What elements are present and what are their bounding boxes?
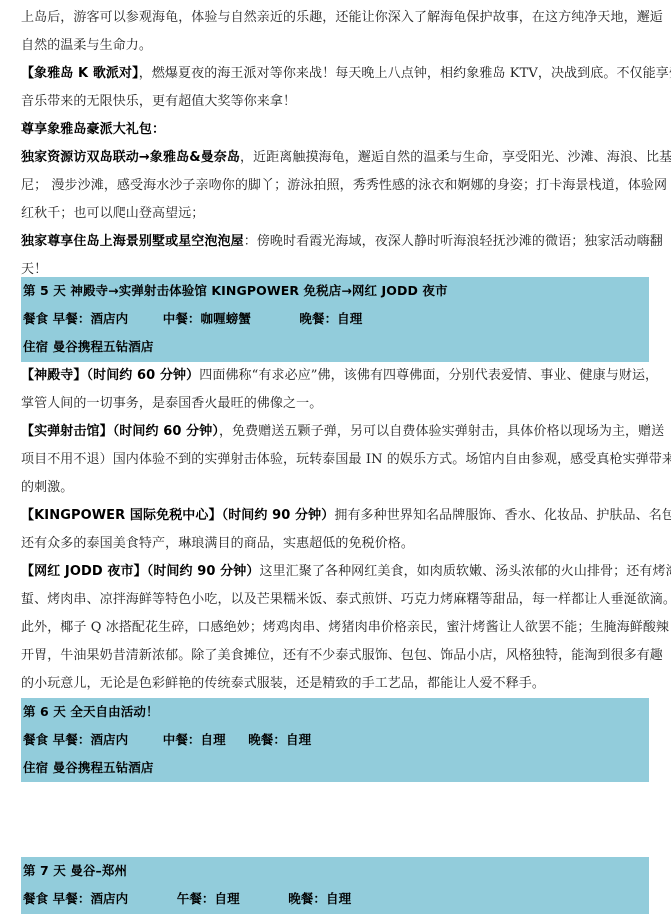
text: 这里汇聚了各种网红美食，如肉质软嫩、汤头浓郁的火山排骨；还有烤海 [259,564,671,579]
jodd-title: 【网红 JODD 夜市】（时间约 90 分钟） [21,564,259,579]
dinner: 晚餐：自理 [248,732,311,747]
temple-title: 【神殿寺】（时间约 60 分钟） [21,368,199,383]
text-line: 还有众多的泰国美食特产，琳琅满目的商品，实惠超低的免税价格。 [21,530,649,558]
day5-title: 第 5 天 神殿寺→实弹射击体验馆 KINGPOWER 免税店→网红 JODD … [21,277,649,305]
gift-heading: 尊享象雅岛豪派大礼包： [21,116,649,144]
text: 四面佛称“有求必应”佛，该佛有四尊佛面，分别代表爱情、事业、健康与财运， [199,368,658,383]
text: 拥有多种世界知名品牌服饰、香水、化妆品、护肤品、名包名表。 [334,508,671,523]
text-line: 此外，椰子 Q 冰搭配花生碎，口感绝妙；烤鸡肉串、烤猪肉串价格亲民，蜜汁烤酱让人… [21,614,649,642]
ktv-title: 【象雅岛 K 歌派对】 [21,66,139,81]
lunch: 午餐：自理 [177,891,240,906]
meals-label: 餐食 [23,891,48,906]
day6-meals: 餐食 早餐：酒店内 中餐：自理 晚餐：自理 [21,726,649,754]
meals-label: 餐食 [23,732,48,747]
ktv-paragraph: 【象雅岛 K 歌派对】，燃爆夏夜的海王派对等你来战！每天晚上八点钟，相约象雅岛 … [21,60,649,116]
text-line: 蜇、烤肉串、凉拌海鲜等特色小吃，以及芒果糯米饭、泰式煎饼、巧克力烤麻糬等甜品，每… [21,586,649,614]
gift-item-title: 独家尊享住岛上海景别墅或星空泡泡屋 [21,234,244,249]
breakfast: 早餐：酒店内 [53,732,129,747]
day5-details: 【神殿寺】（时间约 60 分钟）四面佛称“有求必应”佛，该佛有四尊佛面，分别代表… [21,362,649,698]
text-line: 掌管人间的一切事务，是泰国香火最旺的佛像之一。 [21,390,649,418]
day6-title: 第 6 天 全天自由活动！ [21,698,649,726]
text-line: 尼； 漫步沙滩，感受海水沙子亲吻你的脚丫；游泳拍照，秀秀性感的泳衣和婀娜的身姿；… [21,172,649,200]
intro-paragraph: 上岛后，游客可以参观海龟，体验与自然亲近的乐趣，还能让你深入了解海龟保护故事，在… [21,4,649,60]
day7-title: 第 7 天 曼谷–郑州 [21,857,649,885]
day7-meals: 餐食 早餐：酒店内 午餐：自理 晚餐：自理 [21,885,649,913]
hotel-label: 住宿 [23,339,48,354]
text-line: 音乐带来的无限快乐，更有超值大奖等你来拿！ [21,88,649,116]
text: ，免费赠送五颗子弹，另可以自费体验实弹射击，具体价格以现场为主，赠送 [219,424,664,439]
text: ，燃爆夏夜的海王派对等你来战！每天晚上八点钟，相约象雅岛 KTV，决战到底。不仅… [139,66,671,81]
day5-header: 第 5 天 神殿寺→实弹射击体验馆 KINGPOWER 免税店→网红 JODD … [21,277,649,362]
day6-header: 第 6 天 全天自由活动！ 餐食 早餐：酒店内 中餐：自理 晚餐：自理 住宿 曼… [21,698,649,782]
day7-header: 第 7 天 曼谷–郑州 餐食 早餐：酒店内 午餐：自理 晚餐：自理 [21,857,649,914]
text-line: 的刺激。 [21,474,649,502]
kingpower-title: 【KINGPOWER 国际免税中心】（时间约 90 分钟） [21,508,334,523]
text-line: 上岛后，游客可以参观海龟，体验与自然亲近的乐趣，还能让你深入了解海龟保护故事，在… [21,4,649,32]
dinner: 晚餐：自理 [288,891,351,906]
breakfast: 早餐：酒店内 [53,311,129,326]
text-line: 红秋千；也可以爬山登高望远； [21,200,649,228]
day5-hotel: 住宿 曼谷携程五钻酒店 [21,333,649,361]
hotel-name: 曼谷携程五钻酒店 [53,760,154,775]
day6-hotel: 住宿 曼谷携程五钻酒店 [21,754,649,782]
text-line: 开胃，牛油果奶昔清新浓郁。除了美食摊位，还有不少泰式服饰、包包、饰品小店，风格独… [21,642,649,670]
text: ：傍晚时看霞光海域，夜深人静时听海浪轻抚沙滩的微语；独家活动嗨翻 [244,234,663,249]
meals-label: 餐食 [23,311,48,326]
gift-section: 尊享象雅岛豪派大礼包： 独家资源访双岛联动→象雅岛&曼奈岛，近距离触摸海龟，邂逅… [21,116,649,284]
text: ，近距离触摸海龟，邂逅自然的温柔与生命，享受阳光、沙滩、海浪、比基 [240,150,671,165]
lunch: 中餐：自理 [163,732,226,747]
gift-item-title: 独家资源访双岛联动→象雅岛&曼奈岛 [21,150,240,165]
breakfast: 早餐：酒店内 [53,891,129,906]
lunch: 中餐：咖喱螃蟹 [163,311,251,326]
text-line: 自然的温柔与生命力。 [21,32,649,60]
day5-meals: 餐食 早餐：酒店内 中餐：咖喱螃蟹 晚餐：自理 [21,305,649,333]
dinner: 晚餐：自理 [299,311,362,326]
shooting-title: 【实弹射击馆】（时间约 60 分钟） [21,424,219,439]
hotel-label: 住宿 [23,760,48,775]
hotel-name: 曼谷携程五钻酒店 [53,339,154,354]
text-line: 的小玩意儿，无论是色彩鲜艳的传统泰式服装，还是精致的手工艺品，都能让人爱不释手。 [21,670,649,698]
text-line: 项目不用不退）国内体验不到的实弹射击体验，玩转泰国最 IN 的娱乐方式。场馆内自… [21,446,649,474]
